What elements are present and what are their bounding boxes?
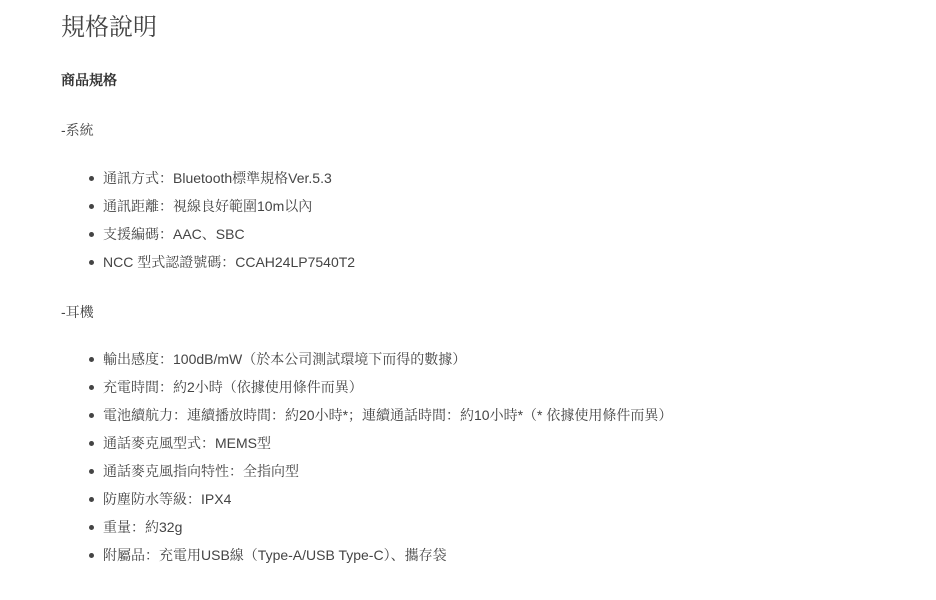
- list-item: 通話麥克風指向特性：全指向型: [86, 457, 672, 485]
- spec-text: 電池續航力：連續播放時間：約20小時*；連續通話時間：約10小時*（* 依據使用…: [103, 407, 672, 423]
- spec-text: NCC 型式認證號碼：CCAH24LP7540T2: [103, 254, 355, 270]
- section-label-earphone: -耳機: [61, 302, 94, 322]
- list-item: 電池續航力：連續播放時間：約20小時*；連續通話時間：約10小時*（* 依據使用…: [86, 401, 672, 429]
- bullet-icon: [89, 260, 94, 265]
- page-title: 規格說明: [61, 12, 157, 44]
- spec-text: 充電時間：約2小時（依據使用條件而異）: [103, 379, 363, 395]
- spec-text: 防塵防水等級：IPX4: [103, 491, 231, 507]
- bullet-icon: [89, 204, 94, 209]
- list-item: 通訊距離：視線良好範圍10m以內: [86, 192, 355, 220]
- spec-text: 輸出感度：100dB/mW（於本公司測試環境下而得的數據）: [103, 351, 466, 367]
- list-item: 通話麥克風型式：MEMS型: [86, 429, 672, 457]
- bullet-icon: [89, 441, 94, 446]
- list-item: 通訊方式：Bluetooth標準規格Ver.5.3: [86, 164, 355, 192]
- bullet-icon: [89, 357, 94, 362]
- section-label-system: -系統: [61, 120, 94, 140]
- bullet-icon: [89, 413, 94, 418]
- bullet-icon: [89, 232, 94, 237]
- list-item: 充電時間：約2小時（依據使用條件而異）: [86, 373, 672, 401]
- spec-text: 通話麥克風型式：MEMS型: [103, 435, 271, 451]
- bullet-icon: [89, 497, 94, 502]
- bullet-icon: [89, 176, 94, 181]
- spec-text: 通訊距離：視線良好範圍10m以內: [103, 198, 312, 214]
- bullet-icon: [89, 469, 94, 474]
- list-item: NCC 型式認證號碼：CCAH24LP7540T2: [86, 248, 355, 276]
- list-item: 防塵防水等級：IPX4: [86, 485, 672, 513]
- list-item: 附屬品：充電用USB線（Type-A/USB Type-C）、攜存袋: [86, 541, 672, 569]
- list-item: 輸出感度：100dB/mW（於本公司測試環境下而得的數據）: [86, 345, 672, 373]
- bullet-icon: [89, 385, 94, 390]
- system-spec-list: 通訊方式：Bluetooth標準規格Ver.5.3 通訊距離：視線良好範圍10m…: [86, 164, 355, 276]
- earphone-spec-list: 輸出感度：100dB/mW（於本公司測試環境下而得的數據） 充電時間：約2小時（…: [86, 345, 672, 569]
- spec-text: 支援編碼：AAC、SBC: [103, 226, 245, 242]
- list-item: 支援編碼：AAC、SBC: [86, 220, 355, 248]
- product-spec-heading: 商品規格: [61, 70, 117, 90]
- bullet-icon: [89, 525, 94, 530]
- bullet-icon: [89, 553, 94, 558]
- spec-text: 重量：約32g: [103, 519, 182, 535]
- list-item: 重量：約32g: [86, 513, 672, 541]
- spec-text: 附屬品：充電用USB線（Type-A/USB Type-C）、攜存袋: [103, 547, 447, 563]
- spec-text: 通訊方式：Bluetooth標準規格Ver.5.3: [103, 170, 332, 186]
- spec-text: 通話麥克風指向特性：全指向型: [103, 463, 299, 479]
